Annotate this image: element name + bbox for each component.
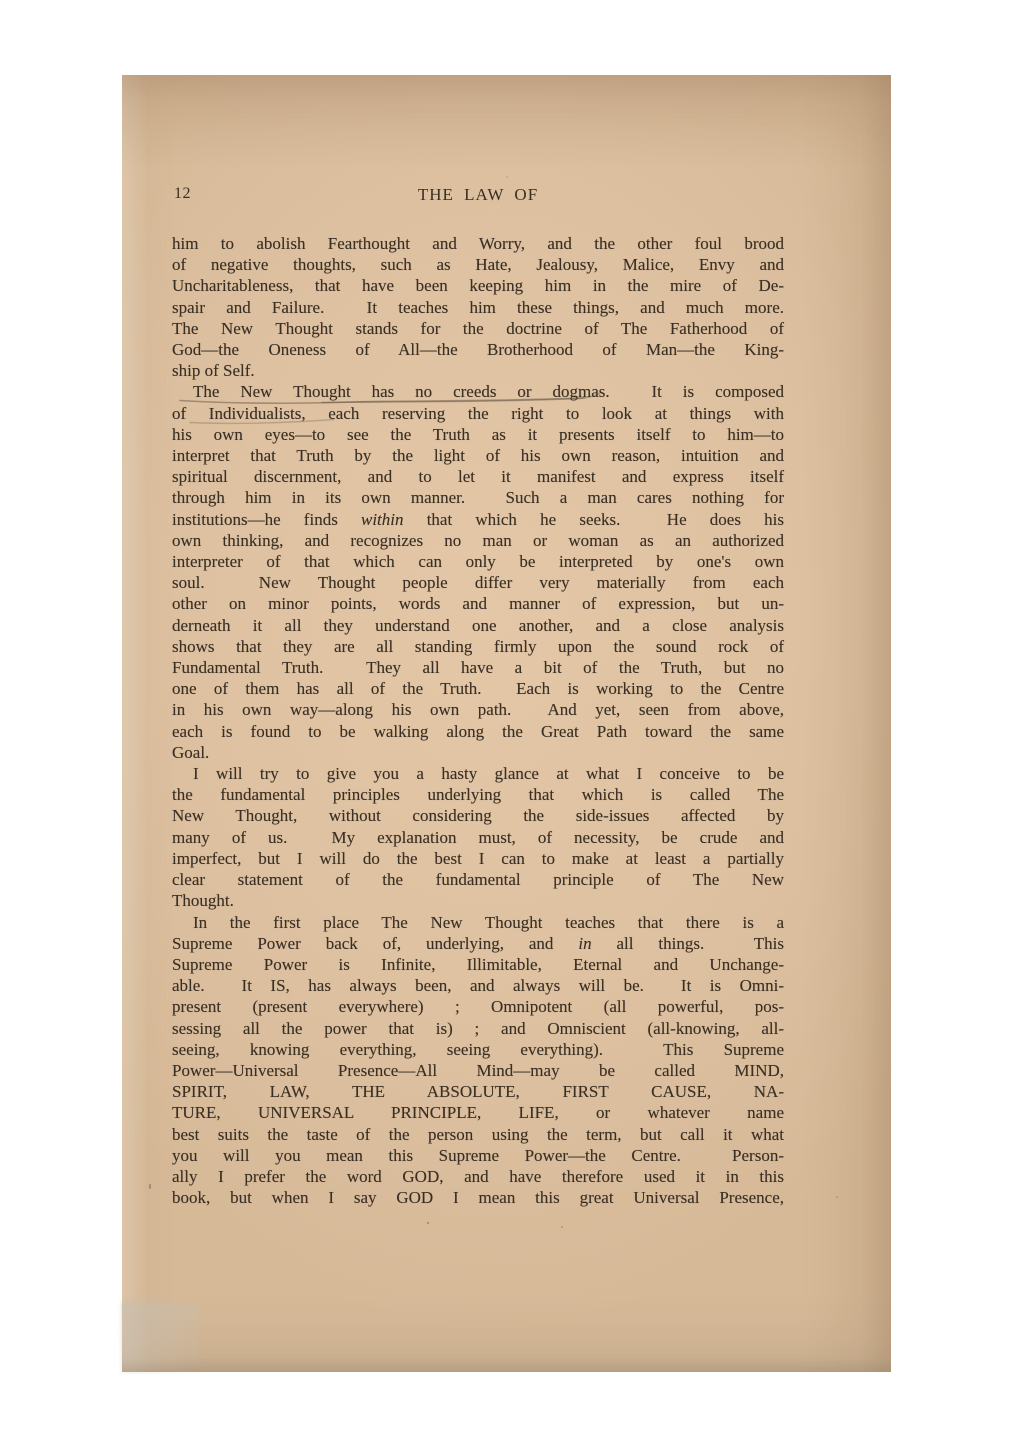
text-segment: clear statement of the fundamental princ…: [172, 870, 784, 889]
text-line: each is found to be walking along the Gr…: [172, 721, 784, 742]
text-segment: one of them has all of the Truth. Each i…: [172, 679, 784, 698]
italic-word: within: [361, 510, 404, 529]
text-segment: many of us. My explanation must, of nece…: [172, 828, 784, 847]
scan-speck: [561, 1226, 563, 1228]
text-segment: ally I prefer the word GOD, and have the…: [172, 1167, 784, 1186]
text-segment: derneath it all they understand one anot…: [172, 616, 784, 635]
text-line: best suits the taste of the person using…: [172, 1124, 784, 1145]
paragraph: I will try to give you a hasty glance at…: [172, 763, 784, 911]
text-line: Power—Universal Presence—All Mind—may be…: [172, 1060, 784, 1081]
text-line: many of us. My explanation must, of nece…: [172, 827, 784, 848]
text-segment: own thinking, and recognizes no man or w…: [172, 531, 784, 550]
text-segment: the fundamental principles underlying th…: [172, 785, 784, 804]
text-line: God—the Oneness of All—the Brotherhood o…: [172, 339, 784, 360]
book-page: 12 THE LAW OF him to abolish Fearthought…: [122, 75, 891, 1372]
text-line: Thought.: [172, 890, 784, 911]
text-line: spair and Failure. It teaches him these …: [172, 297, 784, 318]
text-segment: of negative thoughts, such as Hate, Jeal…: [172, 255, 784, 274]
text-segment: through him in its own manner. Such a ma…: [172, 488, 784, 507]
text-line: sessing all the power that is) ; and Omn…: [172, 1018, 784, 1039]
text-segment: that which he seeks. He does his: [404, 510, 784, 529]
text-segment: other on minor points, words and manner …: [172, 594, 784, 613]
paragraph: him to abolish Fearthought and Worry, an…: [172, 233, 784, 381]
text-segment: him to abolish Fearthought and Worry, an…: [172, 234, 784, 253]
text-segment: in his own way—along his own path. And y…: [172, 700, 784, 719]
text-segment: all things. This: [592, 934, 784, 953]
text-line: you will you mean this Supreme Power—the…: [172, 1145, 784, 1166]
text-line: soul. New Thought people differ very mat…: [172, 572, 784, 593]
text-line: In the first place The New Thought teach…: [172, 912, 784, 933]
text-line: The New Thought has no creeds or dogmas.…: [172, 381, 784, 402]
text-line: of negative thoughts, such as Hate, Jeal…: [172, 254, 784, 275]
text-segment: his own eyes—to see the Truth as it pres…: [172, 425, 784, 444]
text-segment: seeing, knowing everything, seeing every…: [172, 1040, 784, 1059]
italic-word: in: [578, 934, 591, 953]
text-line: seeing, knowing everything, seeing every…: [172, 1039, 784, 1060]
text-segment: best suits the taste of the person using…: [172, 1125, 784, 1144]
text-segment: imperfect, but I will do the best I can …: [172, 849, 784, 868]
text-line: interpreter of that which can only be in…: [172, 551, 784, 572]
text-line: I will try to give you a hasty glance at…: [172, 763, 784, 784]
text-segment: book, but when I say GOD I mean this gre…: [172, 1188, 784, 1207]
text-line: Fundamental Truth. They all have a bit o…: [172, 657, 784, 678]
text-line: other on minor points, words and manner …: [172, 593, 784, 614]
text-line: Uncharitableness, that have been keeping…: [172, 275, 784, 296]
text-line: the fundamental principles underlying th…: [172, 784, 784, 805]
text-segment: Thought.: [172, 891, 234, 910]
text-line: in his own way—along his own path. And y…: [172, 699, 784, 720]
text-segment: SPIRIT, LAW, THE ABSOLUTE, FIRST CAUSE, …: [172, 1082, 784, 1101]
text-segment: sessing all the power that is) ; and Omn…: [172, 1019, 784, 1038]
text-line: book, but when I say GOD I mean this gre…: [172, 1187, 784, 1208]
text-segment: God—the Oneness of All—the Brotherhood o…: [172, 340, 784, 359]
text-line: interpret that Truth by the light of his…: [172, 445, 784, 466]
text-segment: New Thought, without considering the sid…: [172, 806, 784, 825]
text-segment: Goal.: [172, 743, 209, 762]
scan-speck: [149, 1184, 151, 1189]
text-segment: spair and Failure. It teaches him these …: [172, 298, 784, 317]
text-segment: The New Thought stands for the doctrine …: [172, 319, 784, 338]
scanned-book-page-view: 12 THE LAW OF him to abolish Fearthought…: [0, 0, 1013, 1450]
text-line: SPIRIT, LAW, THE ABSOLUTE, FIRST CAUSE, …: [172, 1081, 784, 1102]
text-line: spiritual discernment, and to let it man…: [172, 466, 784, 487]
text-segment: In the first place The New Thought teach…: [193, 913, 784, 932]
text-line: Supreme Power is Infinite, Illimitable, …: [172, 954, 784, 975]
text-segment: institutions—he finds: [172, 510, 361, 529]
text-segment: shows that they are all standing firmly …: [172, 637, 784, 656]
text-segment: able. It IS, has always been, and always…: [172, 976, 784, 995]
text-line: New Thought, without considering the sid…: [172, 805, 784, 826]
text-line: derneath it all they understand one anot…: [172, 615, 784, 636]
text-segment: you will you mean this Supreme Power—the…: [172, 1146, 784, 1165]
text-line: imperfect, but I will do the best I can …: [172, 848, 784, 869]
text-line: ally I prefer the word GOD, and have the…: [172, 1166, 784, 1187]
text-line: his own eyes—to see the Truth as it pres…: [172, 424, 784, 445]
paragraph: The New Thought has no creeds or dogmas.…: [172, 381, 784, 763]
text-line: through him in its own manner. Such a ma…: [172, 487, 784, 508]
text-segment: each is found to be walking along the Gr…: [172, 722, 784, 741]
text-segment: The New Thought has no creeds or dogmas.…: [193, 382, 784, 401]
text-line: shows that they are all standing firmly …: [172, 636, 784, 657]
page-body-text: him to abolish Fearthought and Worry, an…: [172, 233, 784, 1208]
text-segment: Fundamental Truth. They all have a bit o…: [172, 658, 784, 677]
text-line: of Individualists, each reserving the ri…: [172, 403, 784, 424]
page-header: 12 THE LAW OF: [172, 185, 784, 209]
text-segment: present (present everywhere) ; Omnipoten…: [172, 997, 784, 1016]
running-header-title: THE LAW OF: [172, 185, 784, 205]
text-line: TURE, UNIVERSAL PRINCIPLE, LIFE, or what…: [172, 1102, 784, 1123]
text-segment: I will try to give you a hasty glance at…: [193, 764, 784, 783]
text-segment: ship of Self.: [172, 361, 255, 380]
text-segment: spiritual discernment, and to let it man…: [172, 467, 784, 486]
paragraph: In the first place The New Thought teach…: [172, 912, 784, 1209]
scan-speck: [836, 1196, 838, 1198]
text-line: Supreme Power back of, underlying, and i…: [172, 933, 784, 954]
text-line: able. It IS, has always been, and always…: [172, 975, 784, 996]
text-segment: interpret that Truth by the light of his…: [172, 446, 784, 465]
text-line: him to abolish Fearthought and Worry, an…: [172, 233, 784, 254]
text-line: The New Thought stands for the doctrine …: [172, 318, 784, 339]
text-segment: soul. New Thought people differ very mat…: [172, 573, 784, 592]
scan-bottom-shade: [122, 1358, 891, 1372]
text-segment: Uncharitableness, that have been keeping…: [172, 276, 784, 295]
scan-speck: [506, 176, 508, 178]
text-line: own thinking, and recognizes no man or w…: [172, 530, 784, 551]
scan-speck: [427, 1222, 429, 1224]
text-segment: TURE, UNIVERSAL PRINCIPLE, LIFE, or what…: [172, 1103, 784, 1122]
text-segment: Supreme Power is Infinite, Illimitable, …: [172, 955, 784, 974]
text-line: ship of Self.: [172, 360, 784, 381]
text-segment: Power—Universal Presence—All Mind—may be…: [172, 1061, 784, 1080]
text-segment: of Individualists, each reserving the ri…: [172, 404, 784, 423]
text-line: one of them has all of the Truth. Each i…: [172, 678, 784, 699]
text-line: present (present everywhere) ; Omnipoten…: [172, 996, 784, 1017]
text-segment: interpreter of that which can only be in…: [172, 552, 784, 571]
text-line: clear statement of the fundamental princ…: [172, 869, 784, 890]
text-line: Goal.: [172, 742, 784, 763]
text-segment: Supreme Power back of, underlying, and: [172, 934, 578, 953]
text-line: institutions—he finds within that which …: [172, 509, 784, 530]
